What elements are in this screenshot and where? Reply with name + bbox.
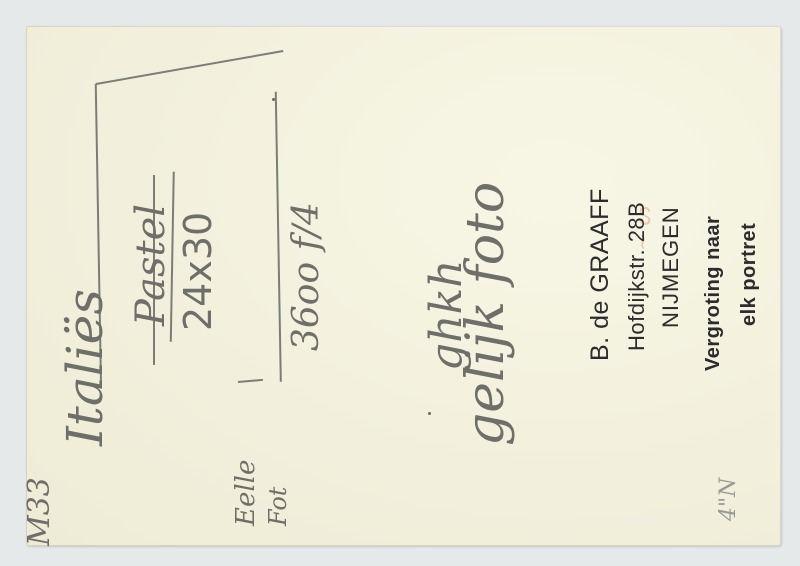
handwritten-price: 36oo f/4 <box>286 202 327 351</box>
stamp-address: Hofdijkstr. 28B <box>624 202 650 351</box>
pencil-dot <box>428 412 431 415</box>
handwritten-pastel: Pastel <box>128 204 174 326</box>
stamp-name: B. de GRAAFF <box>586 188 615 361</box>
catalog-number: M33 <box>22 477 57 546</box>
stamp-tagline-2: elk portret <box>738 223 761 326</box>
box-right-line <box>275 92 282 382</box>
handwritten-name: Italiës <box>56 289 114 446</box>
pencil-dot <box>272 98 275 101</box>
corner-mark: 4"N <box>716 478 741 521</box>
handwritten-note-2: Fot <box>264 487 292 526</box>
box-divider-line <box>238 379 263 383</box>
stamp-city: NIJMEGEN <box>658 206 684 328</box>
photo-card-back: M33 Italiës Pastel 24x30 36oo f/4 Eelle … <box>26 26 781 546</box>
handwritten-note-1: Eelle <box>231 460 261 526</box>
stamp-tagline-1: Vergroting naar <box>702 216 725 371</box>
handwritten-middle-2: gelijk foto <box>456 182 516 446</box>
handwritten-size: 24x30 <box>176 212 220 331</box>
box-top-line <box>96 50 283 84</box>
